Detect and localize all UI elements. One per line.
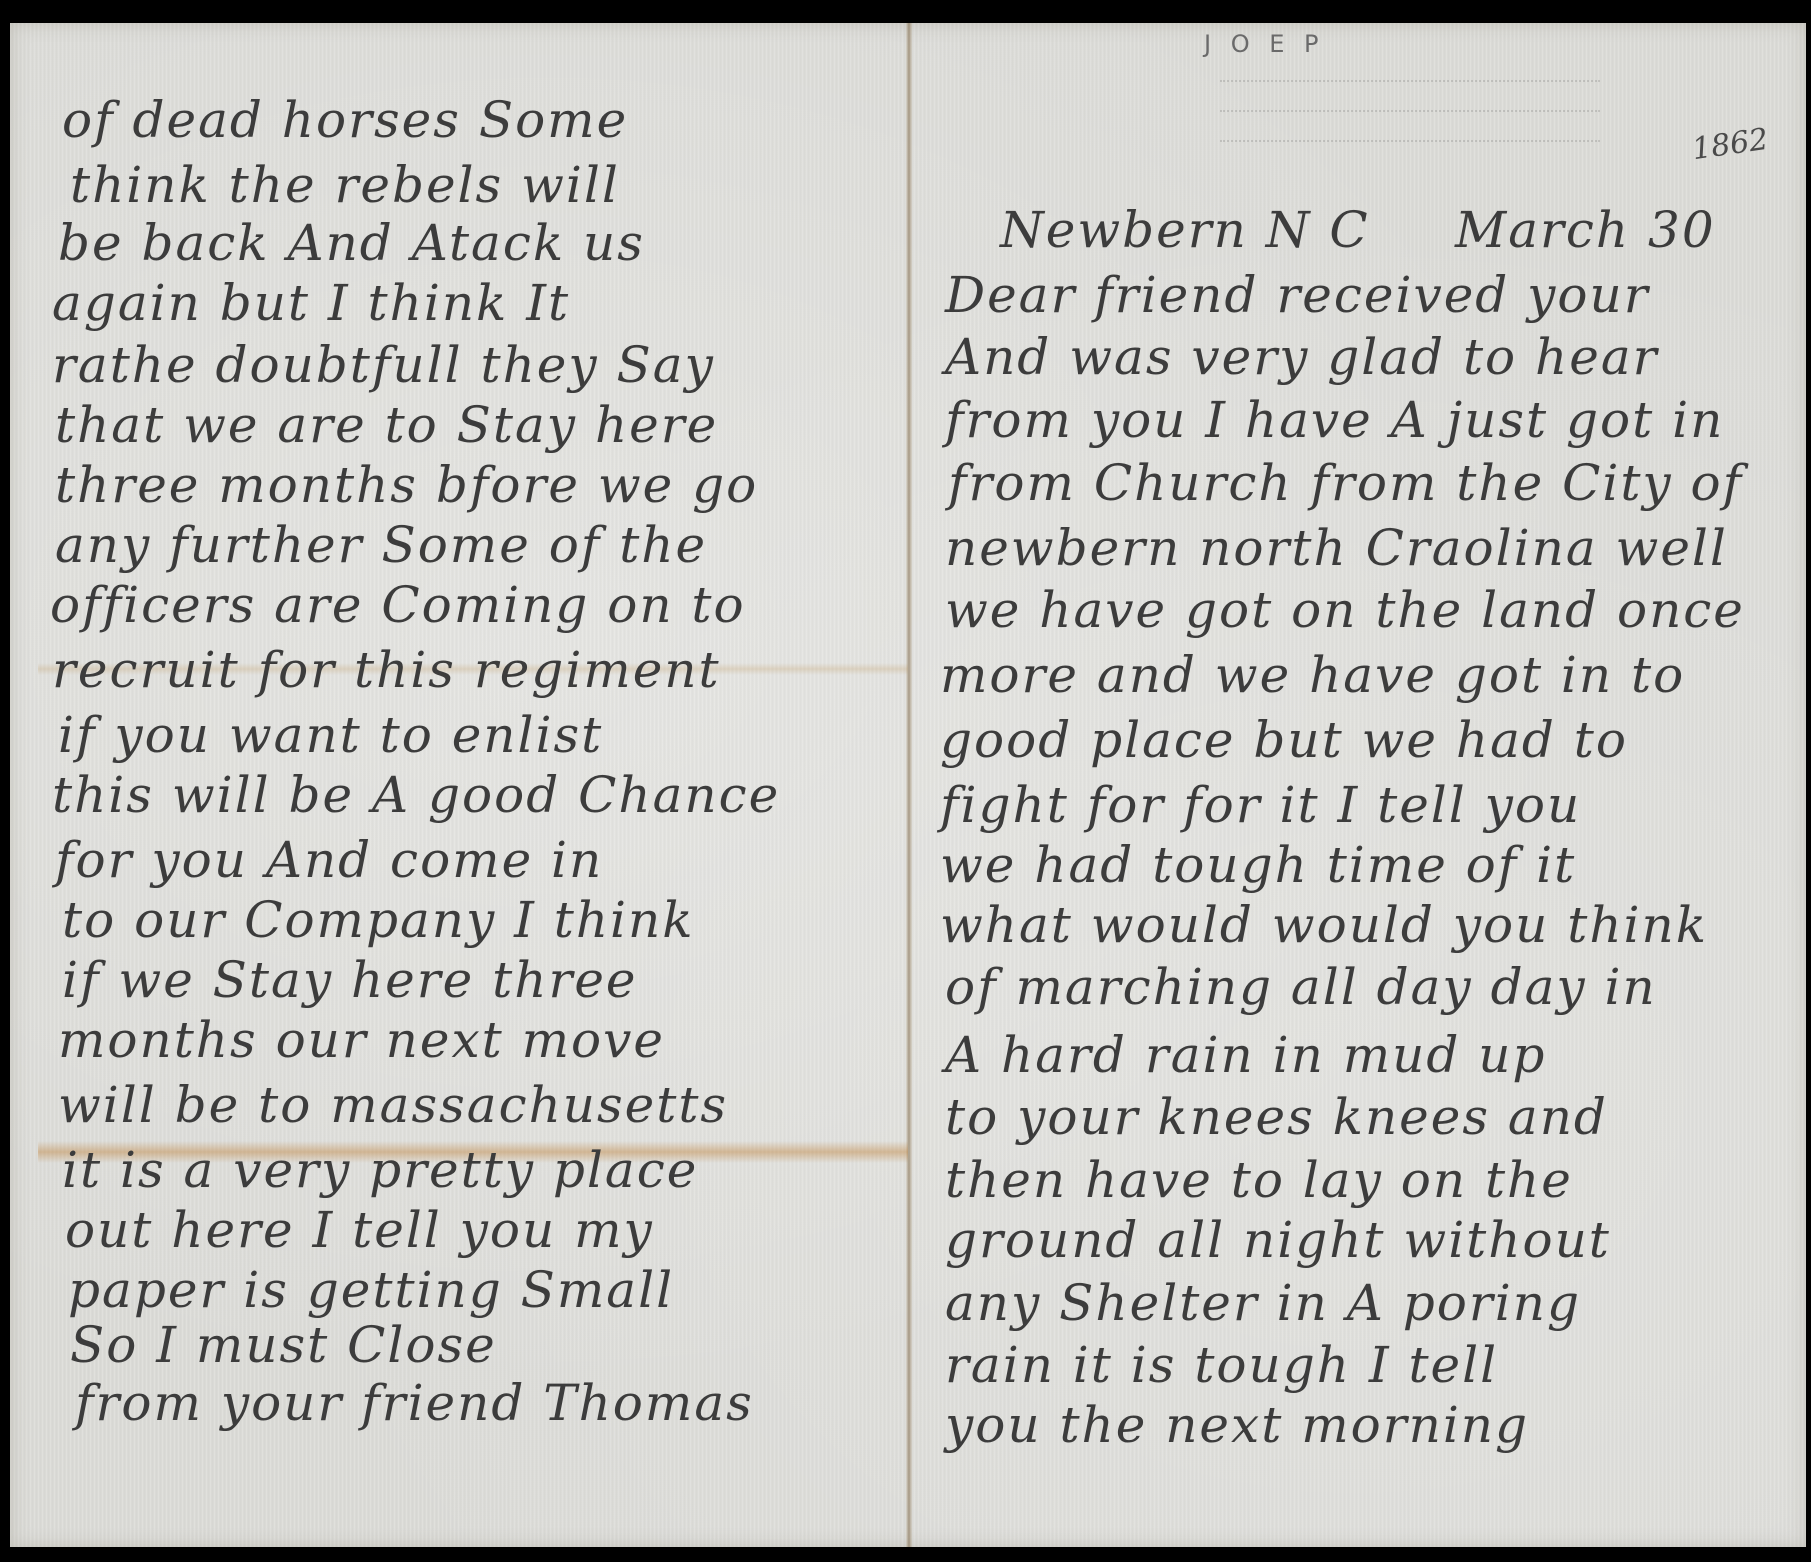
right-line: more and we have got in to — [940, 650, 1685, 700]
left-line: from your friend Thomas — [75, 1378, 754, 1428]
left-line: be back And Atack us — [58, 218, 645, 268]
right-line: Dear friend received your — [945, 270, 1650, 320]
right-line: fight for for it I tell you — [940, 780, 1581, 830]
left-line: will be to massachusetts — [58, 1080, 728, 1130]
letter-place: Newbern N C — [1000, 205, 1370, 255]
left-line: that we are to Stay here — [55, 400, 718, 450]
right-line: you the next morning — [945, 1400, 1529, 1450]
right-line: newbern north Craolina well — [945, 523, 1728, 573]
right-line: we have got on the land once — [945, 585, 1745, 635]
left-line: of dead horses Some — [62, 95, 628, 145]
right-line: then have to lay on the — [945, 1155, 1573, 1205]
right-line: rain it is tough I tell — [945, 1340, 1498, 1390]
right-line: from you I have A just got in — [945, 395, 1724, 445]
left-line: months our next move — [58, 1015, 665, 1065]
bleed-through-line — [1220, 130, 1600, 142]
left-line: it is a very pretty place — [62, 1145, 698, 1195]
right-line: ground all night without — [945, 1215, 1611, 1265]
left-line: if we Stay here three — [62, 955, 638, 1005]
left-line: to our Company I think — [62, 895, 695, 945]
right-line: to your knees knees and — [945, 1092, 1608, 1142]
right-line: good place but we had to — [940, 715, 1628, 765]
left-line: this will be A good Chance — [52, 770, 780, 820]
left-line: if you want to enlist — [58, 710, 603, 760]
right-line: from Church from the City of — [948, 458, 1743, 508]
left-line: out here I tell you my — [65, 1205, 654, 1255]
left-line: any further Some of the — [55, 520, 707, 570]
left-line: rathe doubtfull they Say — [52, 340, 715, 390]
right-line: what would would you think — [940, 900, 1708, 950]
left-line: So I must Close — [70, 1320, 497, 1370]
right-line: any Shelter in A poring — [945, 1278, 1581, 1328]
right-line: And was very glad to hear — [945, 332, 1659, 382]
bleed-through-line — [1220, 70, 1600, 82]
left-line: recruit for this regiment — [52, 645, 721, 695]
right-line: we had tough time of it — [940, 840, 1576, 890]
left-line: officers are Coming on to — [50, 580, 746, 630]
left-line: paper is getting Small — [68, 1265, 674, 1315]
right-line: A hard rain in mud up — [945, 1030, 1546, 1080]
left-line: for you And come in — [55, 835, 603, 885]
left-line: again but I think It — [52, 278, 570, 328]
left-line: three months bfore we go — [55, 460, 758, 510]
letter-date: March 30 — [1455, 205, 1716, 255]
center-fold — [906, 23, 912, 1547]
left-line: think the rebels will — [70, 160, 620, 210]
archival-mark: J O E P — [1204, 30, 1325, 58]
bleed-through-line — [1220, 100, 1600, 112]
right-line: of marching all day day in — [945, 962, 1657, 1012]
